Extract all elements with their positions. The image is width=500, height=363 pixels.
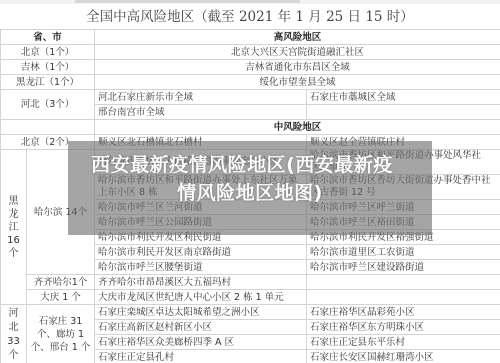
table-row: 北京（1个） 北京大兴区天宫院街道融汇社区 bbox=[1, 45, 500, 60]
area-cell: 北京大兴区天宫院街道融汇社区 bbox=[95, 45, 500, 60]
area-cell: 哈尔滨市呼兰区建设路街道 bbox=[307, 260, 500, 275]
area-cell: 石家庄正定县东平乐村 bbox=[307, 335, 500, 350]
area-cell: 邢台南宫市全域 bbox=[95, 105, 307, 120]
area-cell: 石家庄裕华区众美廊桥四季 A 区 bbox=[95, 335, 307, 350]
area-cell: 石家庄正定县孔村 bbox=[95, 350, 307, 363]
table-row: 河北（3个） 河北石家庄新乐市全域 石家庄市藁城区全域 bbox=[1, 90, 500, 105]
province-col-header: 省、市 bbox=[1, 30, 95, 45]
province-cell: 吉林（1个） bbox=[1, 60, 95, 75]
table-row: 吉林（1个） 吉林省通化市东昌区全域 bbox=[1, 60, 500, 75]
province-cell: 黑龙江（1个） bbox=[1, 75, 95, 90]
area-cell: 绥化市望奎县全域 bbox=[95, 75, 500, 90]
city-cell-daqing: 大庆 1 个 bbox=[27, 290, 95, 305]
area-cell bbox=[307, 105, 500, 120]
area-cell: 吉林省通化市东昌区全域 bbox=[95, 60, 500, 75]
top-strip bbox=[0, 0, 500, 4]
area-cell bbox=[307, 275, 500, 290]
section-header-row: 中风险地区 bbox=[1, 120, 500, 135]
area-cell: 石家庄长安区国赫红珊湾小区 bbox=[307, 350, 500, 363]
province-char: 江 bbox=[9, 222, 19, 233]
high-risk-col-header: 高风险地区 bbox=[95, 30, 500, 45]
caption-overlay-line-1: 西安最新疫情风险地区(西安最新疫 bbox=[0, 150, 492, 177]
province-char: 个 bbox=[9, 248, 19, 259]
province-char: 河 bbox=[9, 308, 19, 319]
city-cell-hebei: 石家庄 31 个、廊坊 1 个、邢台 1 个 bbox=[27, 305, 95, 363]
area-cell: 石家庄栾城区卓达太阳城希望之洲小区 bbox=[95, 305, 307, 320]
table-row: 大庆 1 个 大庆市龙凤区世纪唐人中心小区 2 栋 1 单元 bbox=[1, 290, 500, 305]
area-cell: 哈尔滨市道里区工农街道 bbox=[307, 245, 500, 260]
area-cell: 哈尔滨市呼兰区腰堡街道 bbox=[95, 260, 307, 275]
caption-overlay-line-2: 情风险地区地图) bbox=[0, 178, 500, 205]
table-row: 黑龙江（1个） 绥化市望奎县全域 bbox=[1, 75, 500, 90]
medium-risk-header: 中风险地区 bbox=[95, 120, 500, 135]
blank-cell bbox=[1, 120, 95, 135]
province-char: 龙 bbox=[9, 209, 19, 220]
province-char: 北 bbox=[9, 322, 19, 333]
province-char: 33 bbox=[7, 336, 20, 347]
document-title: 全国中高风险地区（截至 2021 年 1 月 25 日 15 时） bbox=[0, 6, 500, 28]
table-row: 齐齐哈尔1个 齐齐哈尔市昂昂溪区大五福玛村 bbox=[1, 275, 500, 290]
area-cell bbox=[307, 290, 500, 305]
table-row: 河 北 33 个 石家庄 31 个、廊坊 1 个、邢台 1 个 石家庄栾城区卓达… bbox=[1, 305, 500, 320]
province-cell: 河北（3个） bbox=[1, 90, 95, 120]
table-header-row: 省、市 高风险地区 bbox=[1, 30, 500, 45]
area-cell: 石家庄裕华区东方明珠小区 bbox=[307, 320, 500, 335]
city-cell-qiqihar: 齐齐哈尔1个 bbox=[27, 275, 95, 290]
province-cell: 北京（1个） bbox=[1, 45, 95, 60]
province-cell-hebei: 河 北 33 个 bbox=[1, 305, 27, 363]
area-cell: 齐齐哈尔市昂昂溪区大五福玛村 bbox=[95, 275, 307, 290]
area-cell: 石家庄市藁城区全域 bbox=[307, 90, 500, 105]
area-cell: 大庆市龙凤区世纪唐人中心小区 2 栋 1 单元 bbox=[95, 290, 307, 305]
area-cell: 哈尔滨市利民开发区南京路街道 bbox=[95, 245, 307, 260]
province-char: 个 bbox=[9, 350, 19, 361]
area-cell: 石家庄高新区赵村新区小区 bbox=[95, 320, 307, 335]
area-cell: 河北石家庄新乐市全域 bbox=[95, 90, 307, 105]
scrollbar-remnant bbox=[75, 0, 300, 3]
province-char: 16 bbox=[7, 235, 20, 246]
area-cell: 石家庄裕华区晶彩苑小区 bbox=[307, 305, 500, 320]
